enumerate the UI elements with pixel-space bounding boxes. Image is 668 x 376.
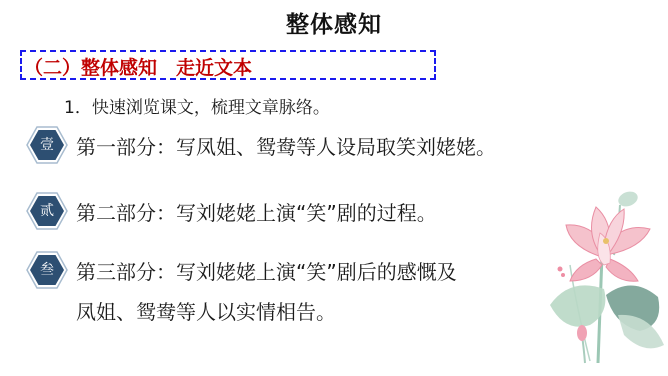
hexagon-badge-icon: 叁 [26, 251, 68, 289]
part-text-continuation: 凤姐、鸳鸯等人以实情相告。 [76, 296, 336, 325]
part-item-1: 壹 第一部分：写凤姐、鸳鸯等人设局取笑刘姥姥。 [26, 126, 496, 164]
lotus-flower-icon [540, 185, 668, 365]
section-heading: （二）整体感知 走近文本 [24, 53, 252, 80]
slide-title: 整体感知 [0, 6, 668, 39]
badge-numeral: 贰 [26, 192, 68, 230]
hexagon-badge-icon: 贰 [26, 192, 68, 230]
step-instruction: 1．快速浏览课文，梳理文章脉络。 [64, 93, 330, 118]
part-text: 第一部分：写凤姐、鸳鸯等人设局取笑刘姥姥。 [76, 131, 496, 160]
badge-numeral: 壹 [26, 126, 68, 164]
part-item-3: 叁 第三部分：写刘姥姥上演“笑”剧后的感慨及 [26, 251, 457, 289]
part-item-2: 贰 第二部分：写刘姥姥上演“笑”剧的过程。 [26, 192, 437, 230]
hexagon-badge-icon: 壹 [26, 126, 68, 164]
badge-numeral: 叁 [26, 251, 68, 289]
part-text: 第二部分：写刘姥姥上演“笑”剧的过程。 [76, 197, 437, 226]
part-text: 第三部分：写刘姥姥上演“笑”剧后的感慨及 [76, 256, 457, 285]
